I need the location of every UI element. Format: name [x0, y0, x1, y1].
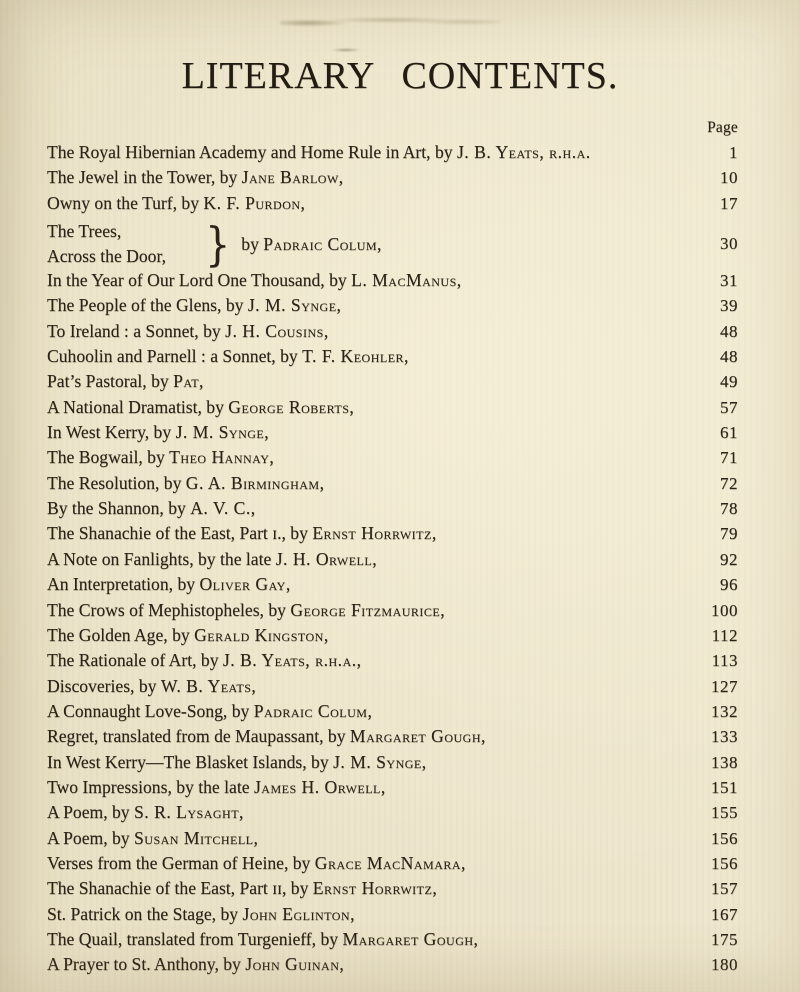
entry-suffix: ,: [301, 193, 305, 213]
grouped-titles: The Trees,Across the Door,: [47, 219, 203, 269]
entry-page-number: 71: [692, 448, 738, 468]
entry-text: A Poem, by S. R. Lysaght,: [47, 802, 692, 823]
entry-author: G. A. Birmingham: [186, 473, 320, 493]
entry-author: Jane Barlow: [242, 167, 339, 187]
entry-text: In West Kerry, by J. M. Synge,: [47, 422, 692, 443]
entry-text: In West Kerry—The Blasket Islands, by J.…: [47, 752, 692, 773]
entry-author: James H. Orwell: [254, 777, 381, 797]
entry-suffix: ,: [324, 625, 328, 645]
entry-page-number: 151: [692, 778, 738, 798]
entry-suffix: ,: [377, 234, 381, 254]
entry-title-text: A Prayer to St. Anthony, by: [47, 954, 245, 974]
toc-entry: To Ireland : a Sonnet, by J. H. Cousins,…: [47, 321, 738, 346]
entry-author: J. B. Yeats, r.h.a.: [223, 650, 357, 670]
toc-entry: The Trees,Across the Door,}by Padraic Co…: [47, 218, 738, 270]
entry-suffix: ,: [339, 954, 343, 974]
entry-title-text: The Shanachie of the East, Part ɪɪ, by: [47, 878, 313, 898]
entry-title-text: The Resolution, by: [47, 473, 186, 493]
entry-author: L. MacManus: [351, 270, 457, 290]
entry-page-number: 167: [692, 905, 738, 925]
entry-text: Regret, translated from de Maupassant, b…: [47, 726, 692, 747]
entry-suffix: ,: [432, 523, 436, 543]
entry-text: Verses from the German of Heine, by Grac…: [47, 853, 692, 874]
entry-title-text: The Royal Hibernian Academy and Home Rul…: [47, 142, 457, 162]
entry-text: A Connaught Love-Song, by Padraic Colum,: [47, 701, 692, 722]
entry-suffix: ,: [350, 904, 354, 924]
entry-title-text: To Ireland : a Sonnet, by: [47, 321, 225, 341]
ink-smudge: [280, 13, 500, 30]
entry-title-text: St. Patrick on the Stage, by: [47, 904, 242, 924]
entry-text: A Prayer to St. Anthony, by John Guinan,: [47, 954, 692, 975]
entry-text: The Rationale of Art, by J. B. Yeats, r.…: [47, 650, 692, 671]
entry-author: Oliver Gay: [199, 574, 285, 594]
entry-text: A National Dramatist, by George Roberts,: [47, 397, 692, 418]
entry-page-number: 127: [692, 677, 738, 697]
entry-title-text: Pat’s Pastoral, by: [47, 371, 173, 391]
toc-entry: Owny on the Turf, by K. F. Purdon,17: [47, 193, 738, 218]
entry-author: John Guinan: [245, 954, 339, 974]
entry-text: The People of the Glens, by J. M. Synge,: [47, 295, 692, 316]
page-column-label: Page: [0, 119, 800, 137]
toc-entry: Verses from the German of Heine, by Grac…: [47, 853, 738, 878]
entry-title-text: The Bogwail, by: [47, 447, 169, 467]
entry-suffix: ,: [481, 726, 485, 746]
entry-text: The Shanachie of the East, Part ɪ., by E…: [47, 523, 692, 544]
entry-page-number: 156: [692, 829, 738, 849]
entry-author: Ernst Horrwitz: [313, 878, 433, 898]
entry-title-text: Owny on the Turf, by: [47, 193, 203, 213]
toc-entry: By the Shannon, by A. V. C.,78: [47, 498, 738, 523]
entry-suffix: ,: [422, 752, 426, 772]
entry-suffix: ,: [381, 777, 385, 797]
entry-suffix: ,: [339, 167, 343, 187]
toc-entry: Pat’s Pastoral, by Pat,49: [47, 371, 738, 396]
entry-author: S. R. Lysaght: [134, 802, 239, 822]
entry-suffix: ,: [474, 929, 478, 949]
entry-author: J. M. Synge: [333, 752, 422, 772]
entry-text: The Resolution, by G. A. Birmingham,: [47, 473, 692, 494]
entry-suffix: ,: [357, 650, 361, 670]
entry-page-number: 155: [692, 803, 738, 823]
entry-page-number: 57: [692, 398, 738, 418]
entry-title-text: The Rationale of Art, by: [47, 650, 223, 670]
entry-page-number: 175: [692, 930, 738, 950]
entry-page-number: 10: [692, 168, 738, 188]
entry-title-text: The People of the Glens, by: [47, 295, 248, 315]
entry-author: Margaret Gough: [350, 726, 481, 746]
entry-suffix: ,: [251, 498, 255, 518]
entry-author: Ernst Horrwitz: [312, 523, 432, 543]
toc-entry: In West Kerry, by J. M. Synge,61: [47, 422, 738, 447]
entry-page-number: 72: [692, 474, 738, 494]
entry-text: An Interpretation, by Oliver Gay,: [47, 574, 692, 595]
entry-suffix: ,: [367, 701, 371, 721]
toc-entry: The Crows of Mephistopheles, by George F…: [47, 600, 738, 625]
entry-suffix: ,: [254, 828, 258, 848]
entry-text: A Poem, by Susan Mitchell,: [47, 828, 692, 849]
entry-suffix: ,: [440, 600, 444, 620]
toc-entry: A Connaught Love-Song, by Padraic Colum,…: [47, 701, 738, 726]
entry-page-number: 79: [692, 524, 738, 544]
entry-title-text: The Jewel in the Tower, by: [47, 167, 242, 187]
entry-author: J. M. Synge: [248, 295, 337, 315]
entry-author: Margaret Gough: [342, 929, 473, 949]
toc-entry: Discoveries, by W. B. Yeats,127: [47, 676, 738, 701]
entry-suffix: ,: [404, 346, 408, 366]
entry-page-number: 133: [692, 727, 738, 747]
entry-page-number: 138: [692, 753, 738, 773]
entry-author: J. B. Yeats, r.h.a.: [457, 142, 591, 162]
entry-byline: by Padraic Colum,: [241, 234, 381, 255]
entry-page-number: 30: [692, 234, 738, 254]
entry-author: A. V. C.: [190, 498, 251, 518]
toc-entry: A Poem, by S. R. Lysaght,155: [47, 802, 738, 827]
entry-title-text: By the Shannon, by: [47, 498, 190, 518]
entry-page-number: 100: [692, 601, 738, 621]
entry-suffix: ,: [320, 473, 324, 493]
toc-entry: A Prayer to St. Anthony, by John Guinan,…: [47, 954, 738, 979]
entry-title-text: The Crows of Mephistopheles, by: [47, 600, 290, 620]
entry-title-text: The Quail, translated from Turgenieff, b…: [47, 929, 342, 949]
entry-author: Padraic Colum: [263, 234, 377, 254]
entry-title-text: A Poem, by: [47, 802, 134, 822]
entry-title-text: Regret, translated from de Maupassant, b…: [47, 726, 350, 746]
entry-author: John Eglinton: [242, 904, 350, 924]
entry-page-number: 48: [692, 322, 738, 342]
ink-smudge-small: [327, 47, 365, 54]
entry-suffix: ,: [251, 676, 255, 696]
entry-title-text: by: [241, 234, 263, 254]
toc-entry: The Royal Hibernian Academy and Home Rul…: [47, 142, 738, 167]
entry-text: The Crows of Mephistopheles, by George F…: [47, 600, 692, 621]
toc-entry: In West Kerry—The Blasket Islands, by J.…: [47, 752, 738, 777]
entry-text: The Jewel in the Tower, by Jane Barlow,: [47, 167, 692, 188]
entry-text: Pat’s Pastoral, by Pat,: [47, 371, 692, 392]
entry-title-text: Discoveries, by: [47, 676, 161, 696]
entry-title-text: In the Year of Our Lord One Thousand, by: [47, 270, 351, 290]
entry-suffix: ,: [372, 549, 376, 569]
entry-text: Cuhoolin and Parnell : a Sonnet, by T. F…: [47, 346, 692, 367]
entry-text: The Shanachie of the East, Part ɪɪ, by E…: [47, 878, 692, 899]
entry-title-text: In West Kerry—The Blasket Islands, by: [47, 752, 333, 772]
entry-page-number: 112: [692, 626, 738, 646]
entry-author: K. F. Purdon: [203, 193, 300, 213]
entry-text: The Royal Hibernian Academy and Home Rul…: [47, 142, 692, 163]
entry-suffix: ,: [286, 574, 290, 594]
entry-author: Theo Hannay: [169, 447, 269, 467]
entry-text: Two Impressions, by the late James H. Or…: [47, 777, 692, 798]
entry-author: J. H. Orwell: [276, 549, 373, 569]
entry-page-number: 31: [692, 271, 738, 291]
entry-text: The Quail, translated from Turgenieff, b…: [47, 929, 692, 950]
entry-page-number: 78: [692, 499, 738, 519]
entry-suffix: ,: [457, 270, 461, 290]
toc-entry: The Shanachie of the East, Part ɪ., by E…: [47, 523, 738, 548]
entry-page-number: 157: [692, 879, 738, 899]
entry-title-text: Across the Door,: [47, 244, 203, 269]
entry-title-text: Two Impressions, by the late: [47, 777, 254, 797]
entry-title-text: Cuhoolin and Parnell : a Sonnet, by: [47, 346, 302, 366]
entry-text: In the Year of Our Lord One Thousand, by…: [47, 270, 692, 291]
entry-page-number: 17: [692, 194, 738, 214]
entry-text: The Bogwail, by Theo Hannay,: [47, 447, 692, 468]
entry-suffix: ,: [337, 295, 341, 315]
toc-entry: A National Dramatist, by George Roberts,…: [47, 397, 738, 422]
entry-page-number: 92: [692, 550, 738, 570]
entry-title-text: A Poem, by: [47, 828, 134, 848]
entry-page-number: 132: [692, 702, 738, 722]
toc-entry: The Resolution, by G. A. Birmingham,72: [47, 473, 738, 498]
entry-page-number: 156: [692, 854, 738, 874]
entry-title-text: A Connaught Love-Song, by: [47, 701, 254, 721]
toc-entry: The Jewel in the Tower, by Jane Barlow,1…: [47, 167, 738, 192]
toc-entry: Regret, translated from de Maupassant, b…: [47, 726, 738, 751]
entry-title-text: A Note on Fanlights, by the late: [47, 549, 276, 569]
entry-text: By the Shannon, by A. V. C.,: [47, 498, 692, 519]
entry-page-number: 39: [692, 296, 738, 316]
entry-suffix: ,: [432, 878, 436, 898]
entry-suffix: ,: [264, 422, 268, 442]
toc-entry: The Golden Age, by Gerald Kingston,112: [47, 625, 738, 650]
entry-author: Padraic Colum: [254, 701, 368, 721]
toc-entry: A Poem, by Susan Mitchell,156: [47, 828, 738, 853]
toc-entry: In the Year of Our Lord One Thousand, by…: [47, 270, 738, 295]
toc-entry: The Rationale of Art, by J. B. Yeats, r.…: [47, 650, 738, 675]
entry-title-text: A National Dramatist, by: [47, 397, 228, 417]
entry-title-text: An Interpretation, by: [47, 574, 199, 594]
entry-text: A Note on Fanlights, by the late J. H. O…: [47, 549, 692, 570]
entry-author: Grace MacNamara: [315, 853, 461, 873]
entry-author: J. M. Synge: [176, 422, 265, 442]
entry-title-text: The Shanachie of the East, Part ɪ., by: [47, 523, 312, 543]
toc-entry: The Shanachie of the East, Part ɪɪ, by E…: [47, 878, 738, 903]
entry-suffix: ,: [324, 321, 328, 341]
entry-author: Susan Mitchell: [134, 828, 254, 848]
entry-text: The Golden Age, by Gerald Kingston,: [47, 625, 692, 646]
entry-page-number: 49: [692, 372, 738, 392]
entry-author: W. B. Yeats: [161, 676, 252, 696]
entry-author: Pat: [173, 371, 199, 391]
entry-author: George Fitzmaurice: [290, 600, 440, 620]
entry-page-number: 180: [692, 955, 738, 975]
entry-text: Owny on the Turf, by K. F. Purdon,: [47, 193, 692, 214]
contents-list: The Royal Hibernian Academy and Home Rul…: [0, 142, 800, 980]
toc-entry: An Interpretation, by Oliver Gay,96: [47, 574, 738, 599]
entry-title-text: Verses from the German of Heine, by: [47, 853, 315, 873]
entry-suffix: ,: [461, 853, 465, 873]
entry-suffix: ,: [199, 371, 203, 391]
entry-text: The Trees,Across the Door,}by Padraic Co…: [47, 219, 692, 269]
toc-entry: St. Patrick on the Stage, by John Eglint…: [47, 904, 738, 929]
entry-suffix: ,: [269, 447, 273, 467]
entry-text: To Ireland : a Sonnet, by J. H. Cousins,: [47, 321, 692, 342]
toc-entry: Cuhoolin and Parnell : a Sonnet, by T. F…: [47, 346, 738, 371]
entry-page-number: 1: [692, 143, 738, 163]
entry-title-text: The Golden Age, by: [47, 625, 194, 645]
entry-page-number: 48: [692, 347, 738, 367]
entry-suffix: ,: [239, 802, 243, 822]
entry-page-number: 113: [692, 651, 738, 671]
entry-page-number: 61: [692, 423, 738, 443]
toc-entry: The People of the Glens, by J. M. Synge,…: [47, 295, 738, 320]
entry-author: T. F. Keohler: [302, 346, 404, 366]
entry-author: J. H. Cousins: [225, 321, 324, 341]
entry-title-text: The Trees,: [47, 219, 203, 244]
entry-author: George Roberts: [228, 397, 349, 417]
entry-text: St. Patrick on the Stage, by John Eglint…: [47, 904, 692, 925]
entry-text: Discoveries, by W. B. Yeats,: [47, 676, 692, 697]
toc-entry: The Quail, translated from Turgenieff, b…: [47, 929, 738, 954]
toc-entry: Two Impressions, by the late James H. Or…: [47, 777, 738, 802]
toc-entry: The Bogwail, by Theo Hannay,71: [47, 447, 738, 472]
entry-title-text: In West Kerry, by: [47, 422, 176, 442]
entry-suffix: ,: [349, 397, 353, 417]
entry-author: Gerald Kingston: [194, 625, 324, 645]
toc-entry: A Note on Fanlights, by the late J. H. O…: [47, 549, 738, 574]
entry-page-number: 96: [692, 575, 738, 595]
brace-glyph: }: [205, 221, 230, 267]
book-page: LITERARY CONTENTS. Page The Royal Hibern…: [0, 0, 800, 992]
